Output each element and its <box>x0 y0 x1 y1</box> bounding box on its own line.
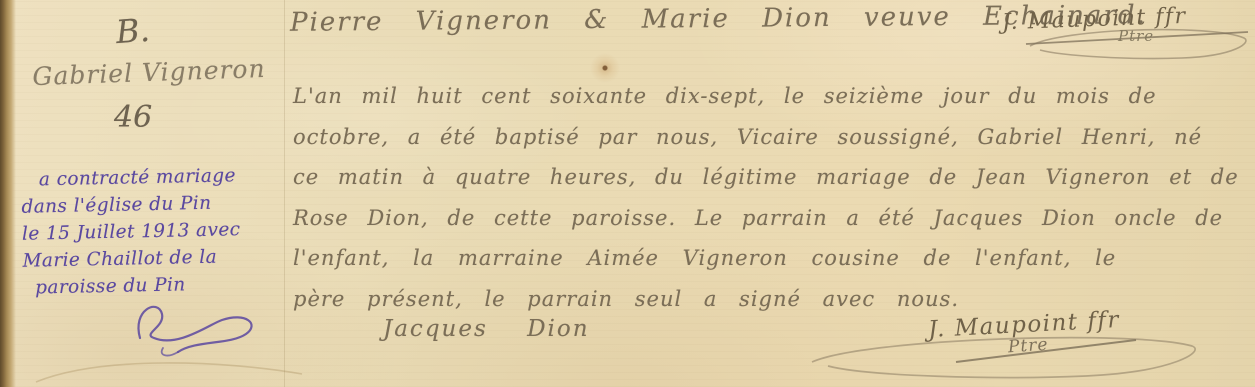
godfather-signature: Jacques Dion <box>383 316 590 342</box>
margin-child-name: Gabriel Vigneron <box>26 54 273 92</box>
priest-paraph-flourish <box>806 328 1206 384</box>
act-body-line: l'enfant, la marraine Aimée Vigneron cou… <box>293 238 1245 279</box>
margin-rule-line <box>284 0 285 387</box>
header-priest-paraph-text: Ptre <box>1118 27 1154 45</box>
priest-paraph-text: Ptre <box>1007 335 1049 358</box>
act-body-line: octobre, a été baptisé par nous, Vicaire… <box>293 117 1245 158</box>
register-page-scan: B. Gabriel Vigneron 46 a contracté maria… <box>0 0 1255 387</box>
show-through-flourish <box>30 352 310 387</box>
margin-marriage-note: a contracté mariage dans l'église du Pin… <box>21 161 286 301</box>
act-body-line: L'an mil huit cent soixante dix-sept, le… <box>293 76 1245 117</box>
marriage-note-paraph-flourish <box>118 290 278 360</box>
act-body-line: Rose Dion, de cette paroisse. Le parrain… <box>293 198 1245 239</box>
act-body-line: ce matin à quatre heures, du légitime ma… <box>293 157 1245 198</box>
page-binding-edge <box>0 0 16 387</box>
act-body-text: L'an mil huit cent soixante dix-sept, le… <box>293 76 1245 319</box>
margin-act-letter: B. <box>115 11 151 51</box>
margin-act-number: 46 <box>114 100 152 135</box>
